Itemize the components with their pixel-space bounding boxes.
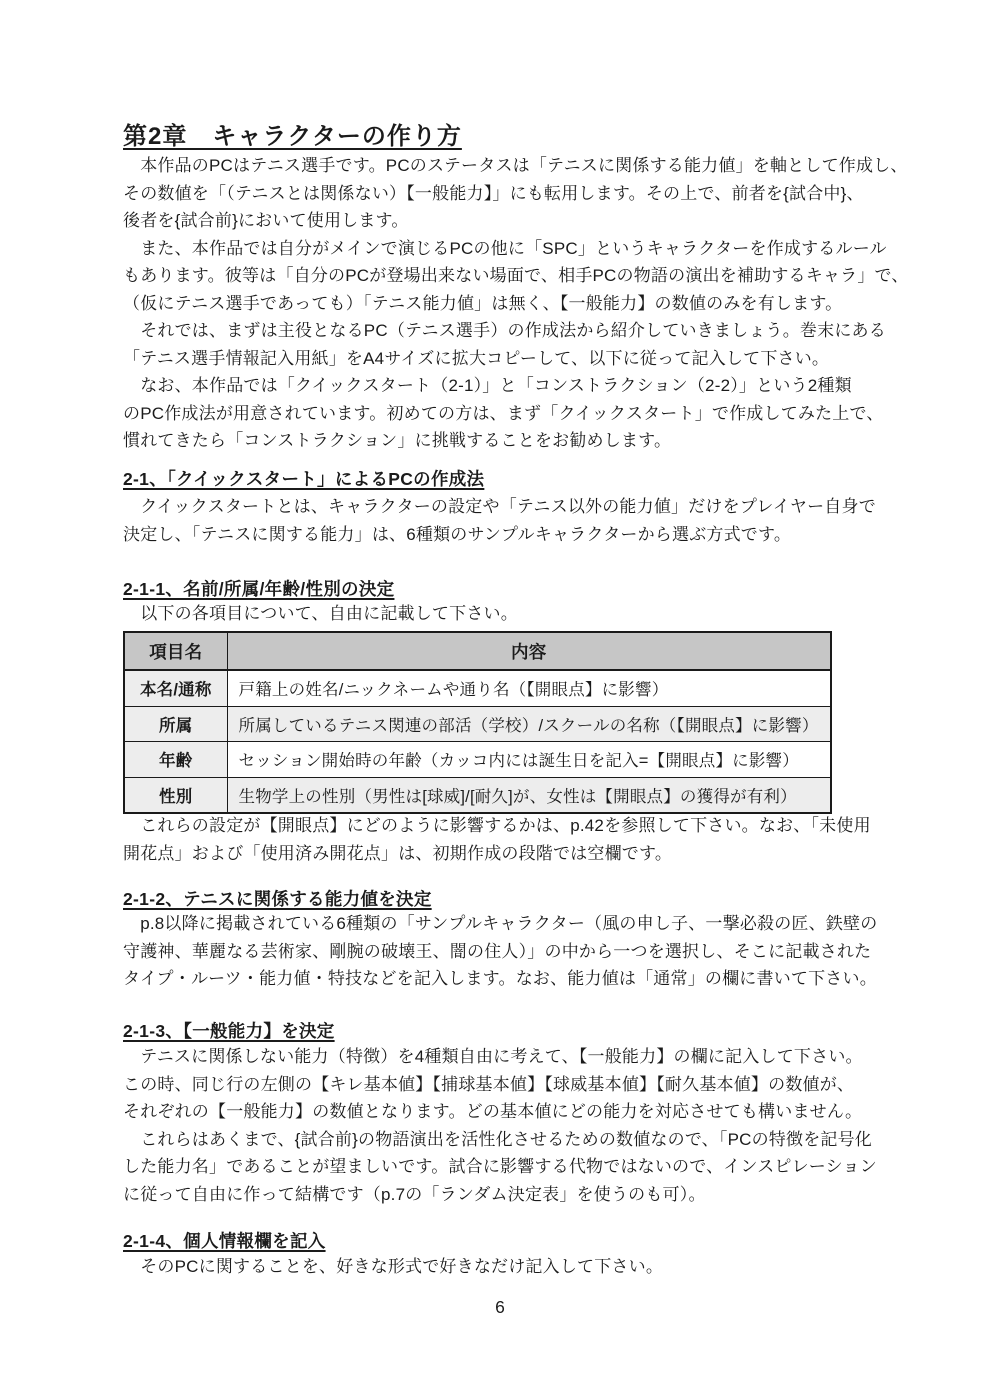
table-row: 本名/通称 戸籍上の姓名/ニックネームや通り名（【開眼点】に影響） bbox=[124, 670, 831, 706]
section-heading-2-1-2: 2-1-2、テニスに関係する能力値を決定 bbox=[123, 886, 432, 911]
text-line: テニスに関係しない能力（特徴）を4種類自由に考えて、【一般能力】の欄に記入して下… bbox=[123, 1043, 885, 1071]
text-line: クイックスタートとは、キャラクターの設定や「テニス以外の能力値」だけをプレイヤー… bbox=[123, 493, 885, 521]
intro-paragraphs: 本作品のPCはテニス選手です。PCのステータスは「テニスに関係する能力値」を軸と… bbox=[123, 152, 885, 455]
table-header-item: 項目名 bbox=[124, 632, 227, 670]
table-row-label: 性別 bbox=[124, 777, 227, 813]
text-line: （仮にテニス選手であっても）「テニス能力値」は無く、【一般能力】の数値のみを有し… bbox=[123, 290, 885, 318]
text-line: これらはあくまで、{試合前}の物語演出を活性化させるための数値なので、「PCの特… bbox=[123, 1126, 885, 1154]
text-line: そのPCに関することを、好きな形式で好きなだけ記入して下さい。 bbox=[123, 1253, 885, 1281]
text-line: 本作品のPCはテニス選手です。PCのステータスは「テニスに関係する能力値」を軸と… bbox=[123, 152, 885, 180]
table-row: 所属 所属しているテニス関連の部活（学校）/スクールの名称（【開眼点】に影響） bbox=[124, 706, 831, 742]
section-heading-2-1-3: 2-1-3、【一般能力】を決定 bbox=[123, 1018, 335, 1043]
table-row: 性別 生物学上の性別（男性は[球威]/[耐久]が、女性は【開眼点】の獲得が有利） bbox=[124, 777, 831, 813]
text-line: p.8以降に掲載されている6種類の「サンプルキャラクター（風の申し子、一撃必殺の… bbox=[123, 910, 885, 938]
text-line: もあります。彼等は「自分のPCが登場出来ない場面で、相手PCの物語の演出を補助す… bbox=[123, 262, 885, 290]
text-line: 慣れてきたら「コンストラクション」に挑戦することをお勧めします。 bbox=[123, 427, 885, 455]
table-row-content: 戸籍上の姓名/ニックネームや通り名（【開眼点】に影響） bbox=[227, 670, 831, 706]
section-2-1-4-paragraph: そのPCに関することを、好きな形式で好きなだけ記入して下さい。 bbox=[123, 1253, 885, 1281]
section-2-1-1-note: これらの設定が【開眼点】にどのように影響するかは、p.42を参照して下さい。なお… bbox=[123, 812, 885, 867]
table-header-row: 項目名 内容 bbox=[124, 632, 831, 670]
text-line: した能力名」であることが望ましいです。試合に影響する代物ではないので、インスピレ… bbox=[123, 1153, 885, 1181]
section-2-1-3-paragraphs: テニスに関係しない能力（特徴）を4種類自由に考えて、【一般能力】の欄に記入して下… bbox=[123, 1043, 885, 1208]
chapter-title: 第2章 キャラクターの作り方 bbox=[123, 116, 462, 151]
document-page: { "colors": { "table_header_bg": "#c6c6c… bbox=[0, 0, 1000, 1399]
page-number: 6 bbox=[0, 1297, 1000, 1318]
table-row-label: 本名/通称 bbox=[124, 670, 227, 706]
text-line: また、本作品では自分がメインで演じるPCの他に「SPC」というキャラクターを作成… bbox=[123, 235, 885, 263]
text-line: それでは、まずは主役となるPC（テニス選手）の作成法から紹介していきましょう。巻… bbox=[123, 317, 885, 345]
text-line: その数値を「（テニスとは関係ない）【一般能力】」にも転用します。その上で、前者を… bbox=[123, 180, 885, 208]
table-row-content: 所属しているテニス関連の部活（学校）/スクールの名称（【開眼点】に影響） bbox=[227, 706, 831, 742]
text-line: 後者を{試合前}において使用します。 bbox=[123, 207, 885, 235]
text-line: に従って自由に作って結構です（p.7の「ランダム決定表」を使うのも可）。 bbox=[123, 1181, 885, 1209]
section-2-1-paragraph: クイックスタートとは、キャラクターの設定や「テニス以外の能力値」だけをプレイヤー… bbox=[123, 493, 885, 548]
text-line: 決定し、「テニスに関する能力」は、6種類のサンプルキャラクターから選ぶ方式です。 bbox=[123, 521, 885, 549]
section-2-1-1-lead: 以下の各項目について、自由に記載して下さい。 bbox=[123, 600, 885, 628]
table-header-content: 内容 bbox=[227, 632, 831, 670]
table-row-label: 年齢 bbox=[124, 742, 227, 778]
section-heading-2-1-1: 2-1-1、名前/所属/年齢/性別の決定 bbox=[123, 576, 394, 601]
section-heading-2-1-4: 2-1-4、個人情報欄を記入 bbox=[123, 1228, 326, 1253]
section-heading-2-1: 2-1、「クイックスタート」によるPCの作成法 bbox=[123, 466, 484, 491]
text-line: のPC作成法が用意されています。初めての方は、まず「クイックスタート」で作成して… bbox=[123, 400, 885, 428]
text-line: タイプ・ルーツ・能力値・特技などを記入します。なお、能力値は「通常」の欄に書いて… bbox=[123, 965, 885, 993]
table-row-label: 所属 bbox=[124, 706, 227, 742]
section-2-1-2-paragraph: p.8以降に掲載されている6種類の「サンプルキャラクター（風の申し子、一撃必殺の… bbox=[123, 910, 885, 993]
item-description-table: 項目名 内容 本名/通称 戸籍上の姓名/ニックネームや通り名（【開眼点】に影響）… bbox=[123, 631, 832, 814]
text-line: 開花点」および「使用済み開花点」は、初期作成の段階では空欄です。 bbox=[123, 840, 885, 868]
text-line: これらの設定が【開眼点】にどのように影響するかは、p.42を参照して下さい。なお… bbox=[123, 812, 885, 840]
text-line: それぞれの【一般能力】の数値となります。どの基本値にどの能力を対応させても構いま… bbox=[123, 1098, 885, 1126]
text-line: 守護神、華麗なる芸術家、剛腕の破壊王、闇の住人）」の中から一つを選択し、そこに記… bbox=[123, 938, 885, 966]
text-line: なお、本作品では「クイックスタート（2-1）」と「コンストラクション（2-2）」… bbox=[123, 372, 885, 400]
text-line: この時、同じ行の左側の【キレ基本値】【捕球基本値】【球威基本値】【耐久基本値】の… bbox=[123, 1071, 885, 1099]
table-row-content: 生物学上の性別（男性は[球威]/[耐久]が、女性は【開眼点】の獲得が有利） bbox=[227, 777, 831, 813]
text-line: 以下の各項目について、自由に記載して下さい。 bbox=[123, 600, 885, 628]
table-row-content: セッション開始時の年齢（カッコ内には誕生日を記入=【開眼点】に影響） bbox=[227, 742, 831, 778]
table-row: 年齢 セッション開始時の年齢（カッコ内には誕生日を記入=【開眼点】に影響） bbox=[124, 742, 831, 778]
text-line: 「テニス選手情報記入用紙」をA4サイズに拡大コピーして、以下に従って記入して下さ… bbox=[123, 345, 885, 373]
